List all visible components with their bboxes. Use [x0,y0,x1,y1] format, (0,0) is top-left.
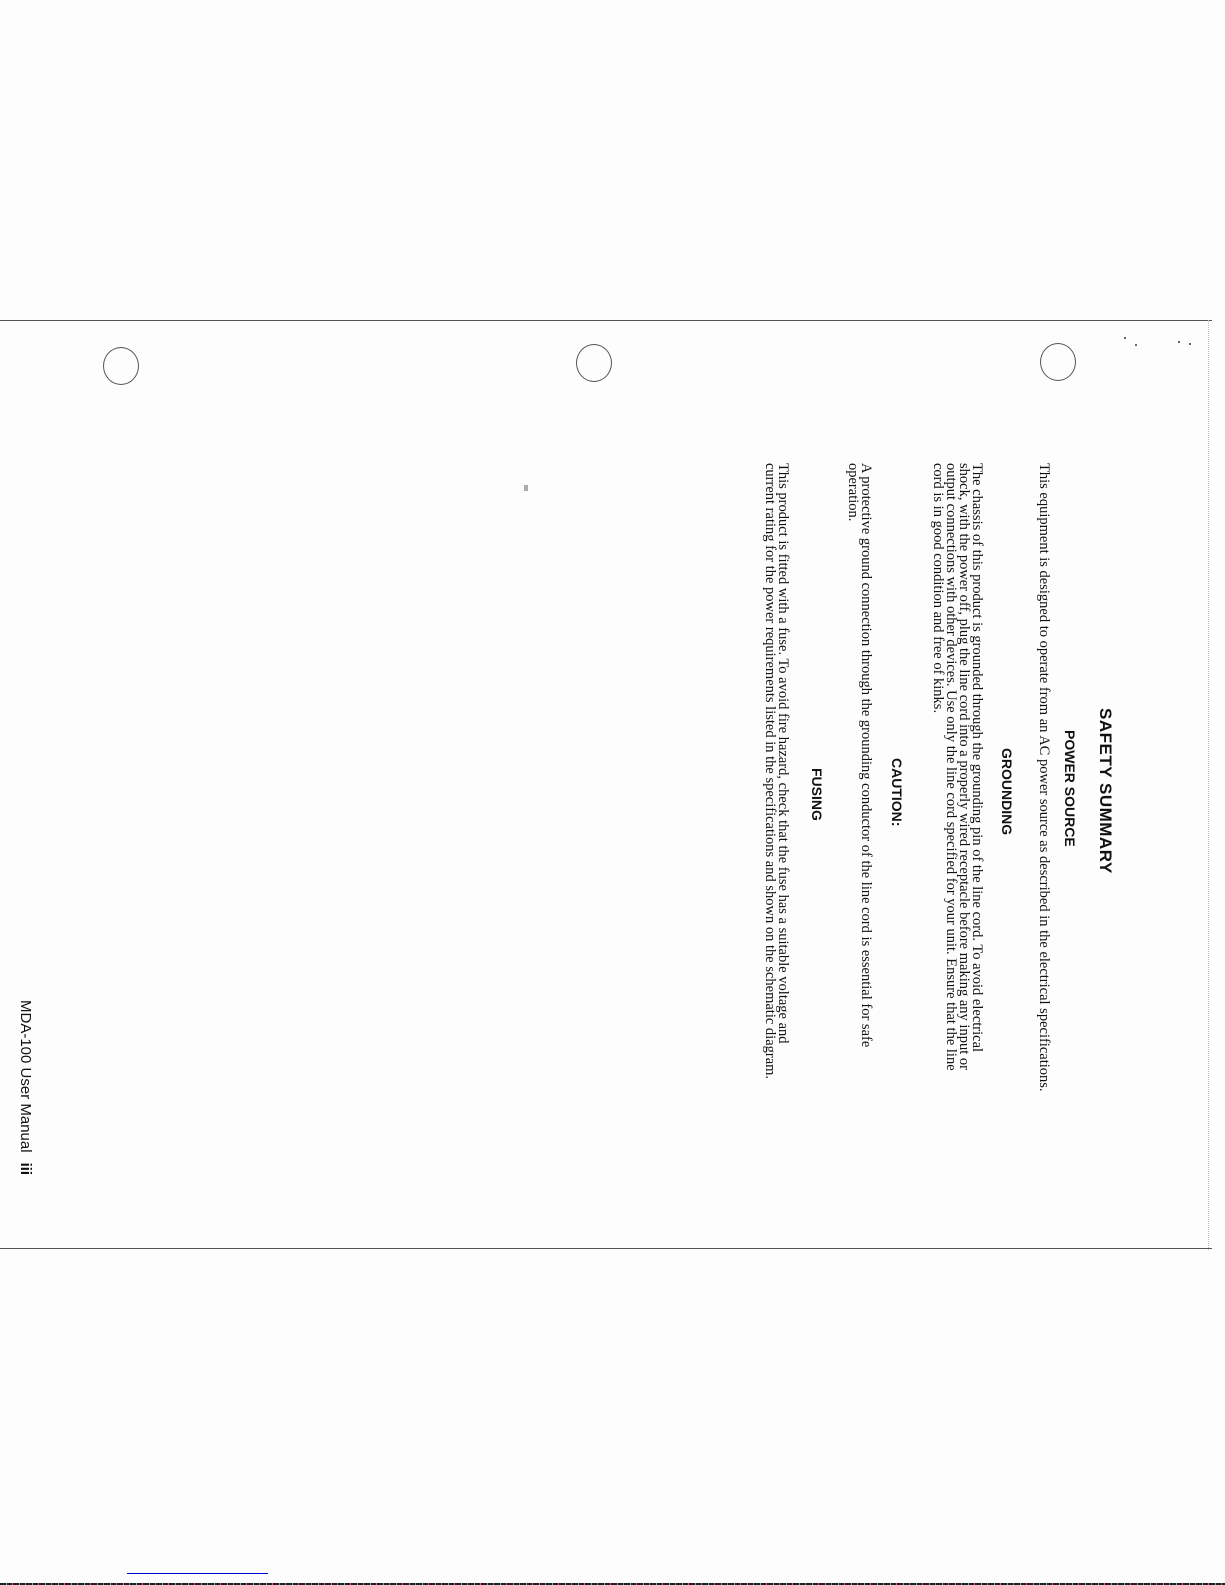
page-right-edge [1208,320,1210,1250]
section-heading-power-source: POWER SOURCE [1062,730,1078,847]
power-source-paragraph: This equipment is designed to operate fr… [1037,463,1050,1092]
punch-hole [576,344,612,382]
scan-speck [1189,343,1191,345]
page-top-edge [0,320,1212,321]
punch-hole [103,347,139,385]
page-number: iii [17,1163,34,1176]
section-heading-fusing: FUSING [809,768,825,821]
caution-line: operation. [846,463,859,521]
scan-speck [1178,341,1180,343]
page-footer: MDA-100 User Manualiii [17,1000,34,1175]
page-bottom-edge [0,1248,1212,1249]
manual-name: MDA-100 User Manual [17,1000,34,1153]
grounding-line: cord is in good condition and free of ki… [931,463,944,713]
punch-hole [1040,343,1076,381]
section-heading-caution: CAUTION: [889,758,905,826]
caution-line: A protective ground connection through t… [859,463,872,1047]
fusing-line: current rating for the power requirement… [763,463,776,1079]
scan-speck [524,485,528,491]
scan-speck [1135,344,1137,346]
bottom-link-underline [127,1573,268,1574]
page-title: SAFETY SUMMARY [1095,708,1115,874]
scan-speck [1124,337,1126,339]
section-heading-grounding: GROUNDING [999,748,1015,835]
